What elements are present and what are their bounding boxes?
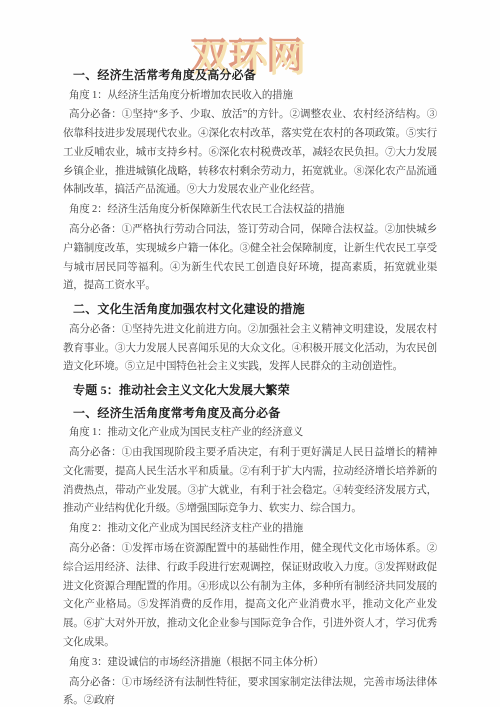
para-rural-culture-points: 高分必备：①坚持先进文化前进方向。②加强社会主义精神文明建设，发展农村教育事业。… [63,321,437,377]
para-angle1-farmer-income-title: 角度 1：从经济生活角度分析增加农民收入的措施 [63,87,437,106]
heading-economic-life-angles-2: 一、经济生活角度常考角度及高分必备 [63,404,437,423]
para-angle3-honest-market-title: 角度 3：建设诚信的市场经济措施（根据不同主体分析） [63,654,437,673]
document-page: 双环网 一、经济生活常考角度及高分必备 角度 1：从经济生活角度分析增加农民收入… [0,0,500,707]
para-angle1-farmer-income-points: 高分必备：①坚持“多予、少取、放活”的方针。②调整农业、农村经济结构。③依靠科技… [63,106,437,200]
para-angle1-culture-industry-meaning-points: 高分必备：①由我国现阶段主要矛盾决定，有利于更好满足人民日益增长的精神文化需要，… [63,444,437,519]
para-angle2-culture-industry-measures-title: 角度 2：推动文化产业成为国民经济支柱产业的措施 [63,520,437,539]
para-angle2-culture-industry-measures-points: 高分必备：①发挥市场在资源配置中的基础性作用，健全现代文化市场体系。②综合运用经… [63,540,437,653]
para-angle1-culture-industry-meaning-title: 角度 1：推动文化产业成为国民支柱产业的经济意义 [63,424,437,443]
heading-topic5-socialist-culture: 专题 5：推动社会主义文化大发展大繁荣 [63,381,437,400]
para-angle2-migrant-rights-points: 高分必备：①严格执行劳动合同法，签订劳动合同，保障合法权益。②加快城乡户籍制度改… [63,221,437,296]
heading-economic-life-angles-1: 一、经济生活常考角度及高分必备 [63,66,437,85]
document-content: 一、经济生活常考角度及高分必备 角度 1：从经济生活角度分析增加农民收入的措施 … [63,62,437,707]
heading-cultural-life-rural-culture: 二、文化生活角度加强农村文化建设的措施 [63,300,437,319]
para-angle3-honest-market-points: 高分必备：①市场经济有法制性特征，要求国家制定法律法规，完善市场法律体系。②政府 [63,674,437,707]
para-angle2-migrant-rights-title: 角度 2：经济生活角度分析保障新生代农民工合法权益的措施 [63,201,437,220]
